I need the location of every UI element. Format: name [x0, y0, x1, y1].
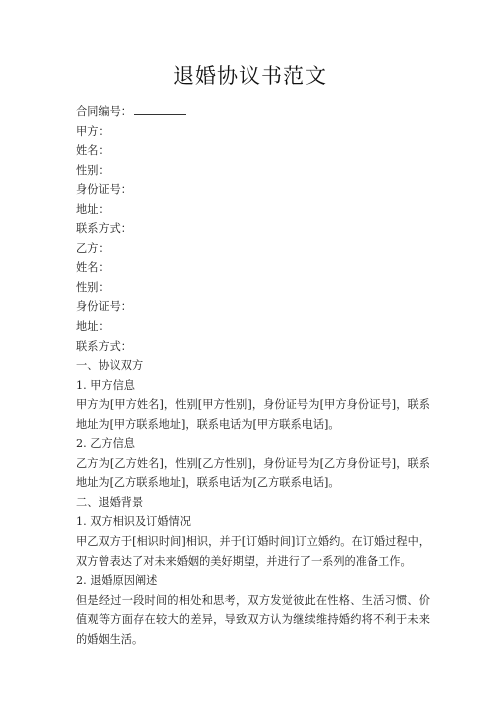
contract-number-blank — [134, 105, 186, 115]
subsection-heading: 2. 退婚原因阐述 — [76, 571, 436, 591]
party-a-gender-label: 性别： — [76, 161, 436, 181]
subsection-heading: 1. 双方相识及订婚情况 — [76, 512, 436, 532]
party-a-contact-label: 联系方式： — [76, 219, 436, 239]
subsection-paragraph: 甲乙双方于[相识时间]相识，并于[订婚时间]订立婚约。在订婚过程中，双方曾表达了… — [76, 532, 430, 571]
subsection-heading: 1. 甲方信息 — [76, 376, 436, 396]
party-b-contact-label: 联系方式： — [76, 337, 436, 357]
party-b-address-label: 地址： — [76, 317, 436, 337]
section-heading: 二、退婚背景 — [76, 493, 436, 513]
party-b-name-label: 姓名： — [76, 258, 436, 278]
party-a-name-label: 姓名： — [76, 141, 436, 161]
subsection-paragraph: 乙方为[乙方姓名]，性别[乙方性别]，身份证号为[乙方身份证号]，联系地址为[乙… — [76, 454, 430, 493]
contract-number-line: 合同编号： — [76, 102, 436, 122]
party-b-id-label: 身份证号： — [76, 297, 436, 317]
document-body: 合同编号： 甲方： 姓名： 性别： 身份证号： 地址： 联系方式： 乙方： 姓名… — [76, 102, 436, 649]
party-b-heading: 乙方： — [76, 239, 436, 259]
party-a-address-label: 地址： — [76, 200, 436, 220]
document-title: 退婚协议书范文 — [0, 60, 500, 90]
contract-number-label: 合同编号： — [76, 105, 132, 118]
party-b-gender-label: 性别： — [76, 278, 436, 298]
subsection-heading: 2. 乙方信息 — [76, 434, 436, 454]
party-a-heading: 甲方： — [76, 122, 436, 142]
section-heading: 一、协议双方 — [76, 356, 436, 376]
subsection-paragraph: 但是经过一段时间的相处和思考，双方发觉彼此在性格、生活习惯、价值观等方面存在较大… — [76, 591, 430, 650]
party-a-id-label: 身份证号： — [76, 180, 436, 200]
subsection-paragraph: 甲方为[甲方姓名]，性别[甲方性别]，身份证号为[甲方身份证号]，联系地址为[甲… — [76, 395, 430, 434]
